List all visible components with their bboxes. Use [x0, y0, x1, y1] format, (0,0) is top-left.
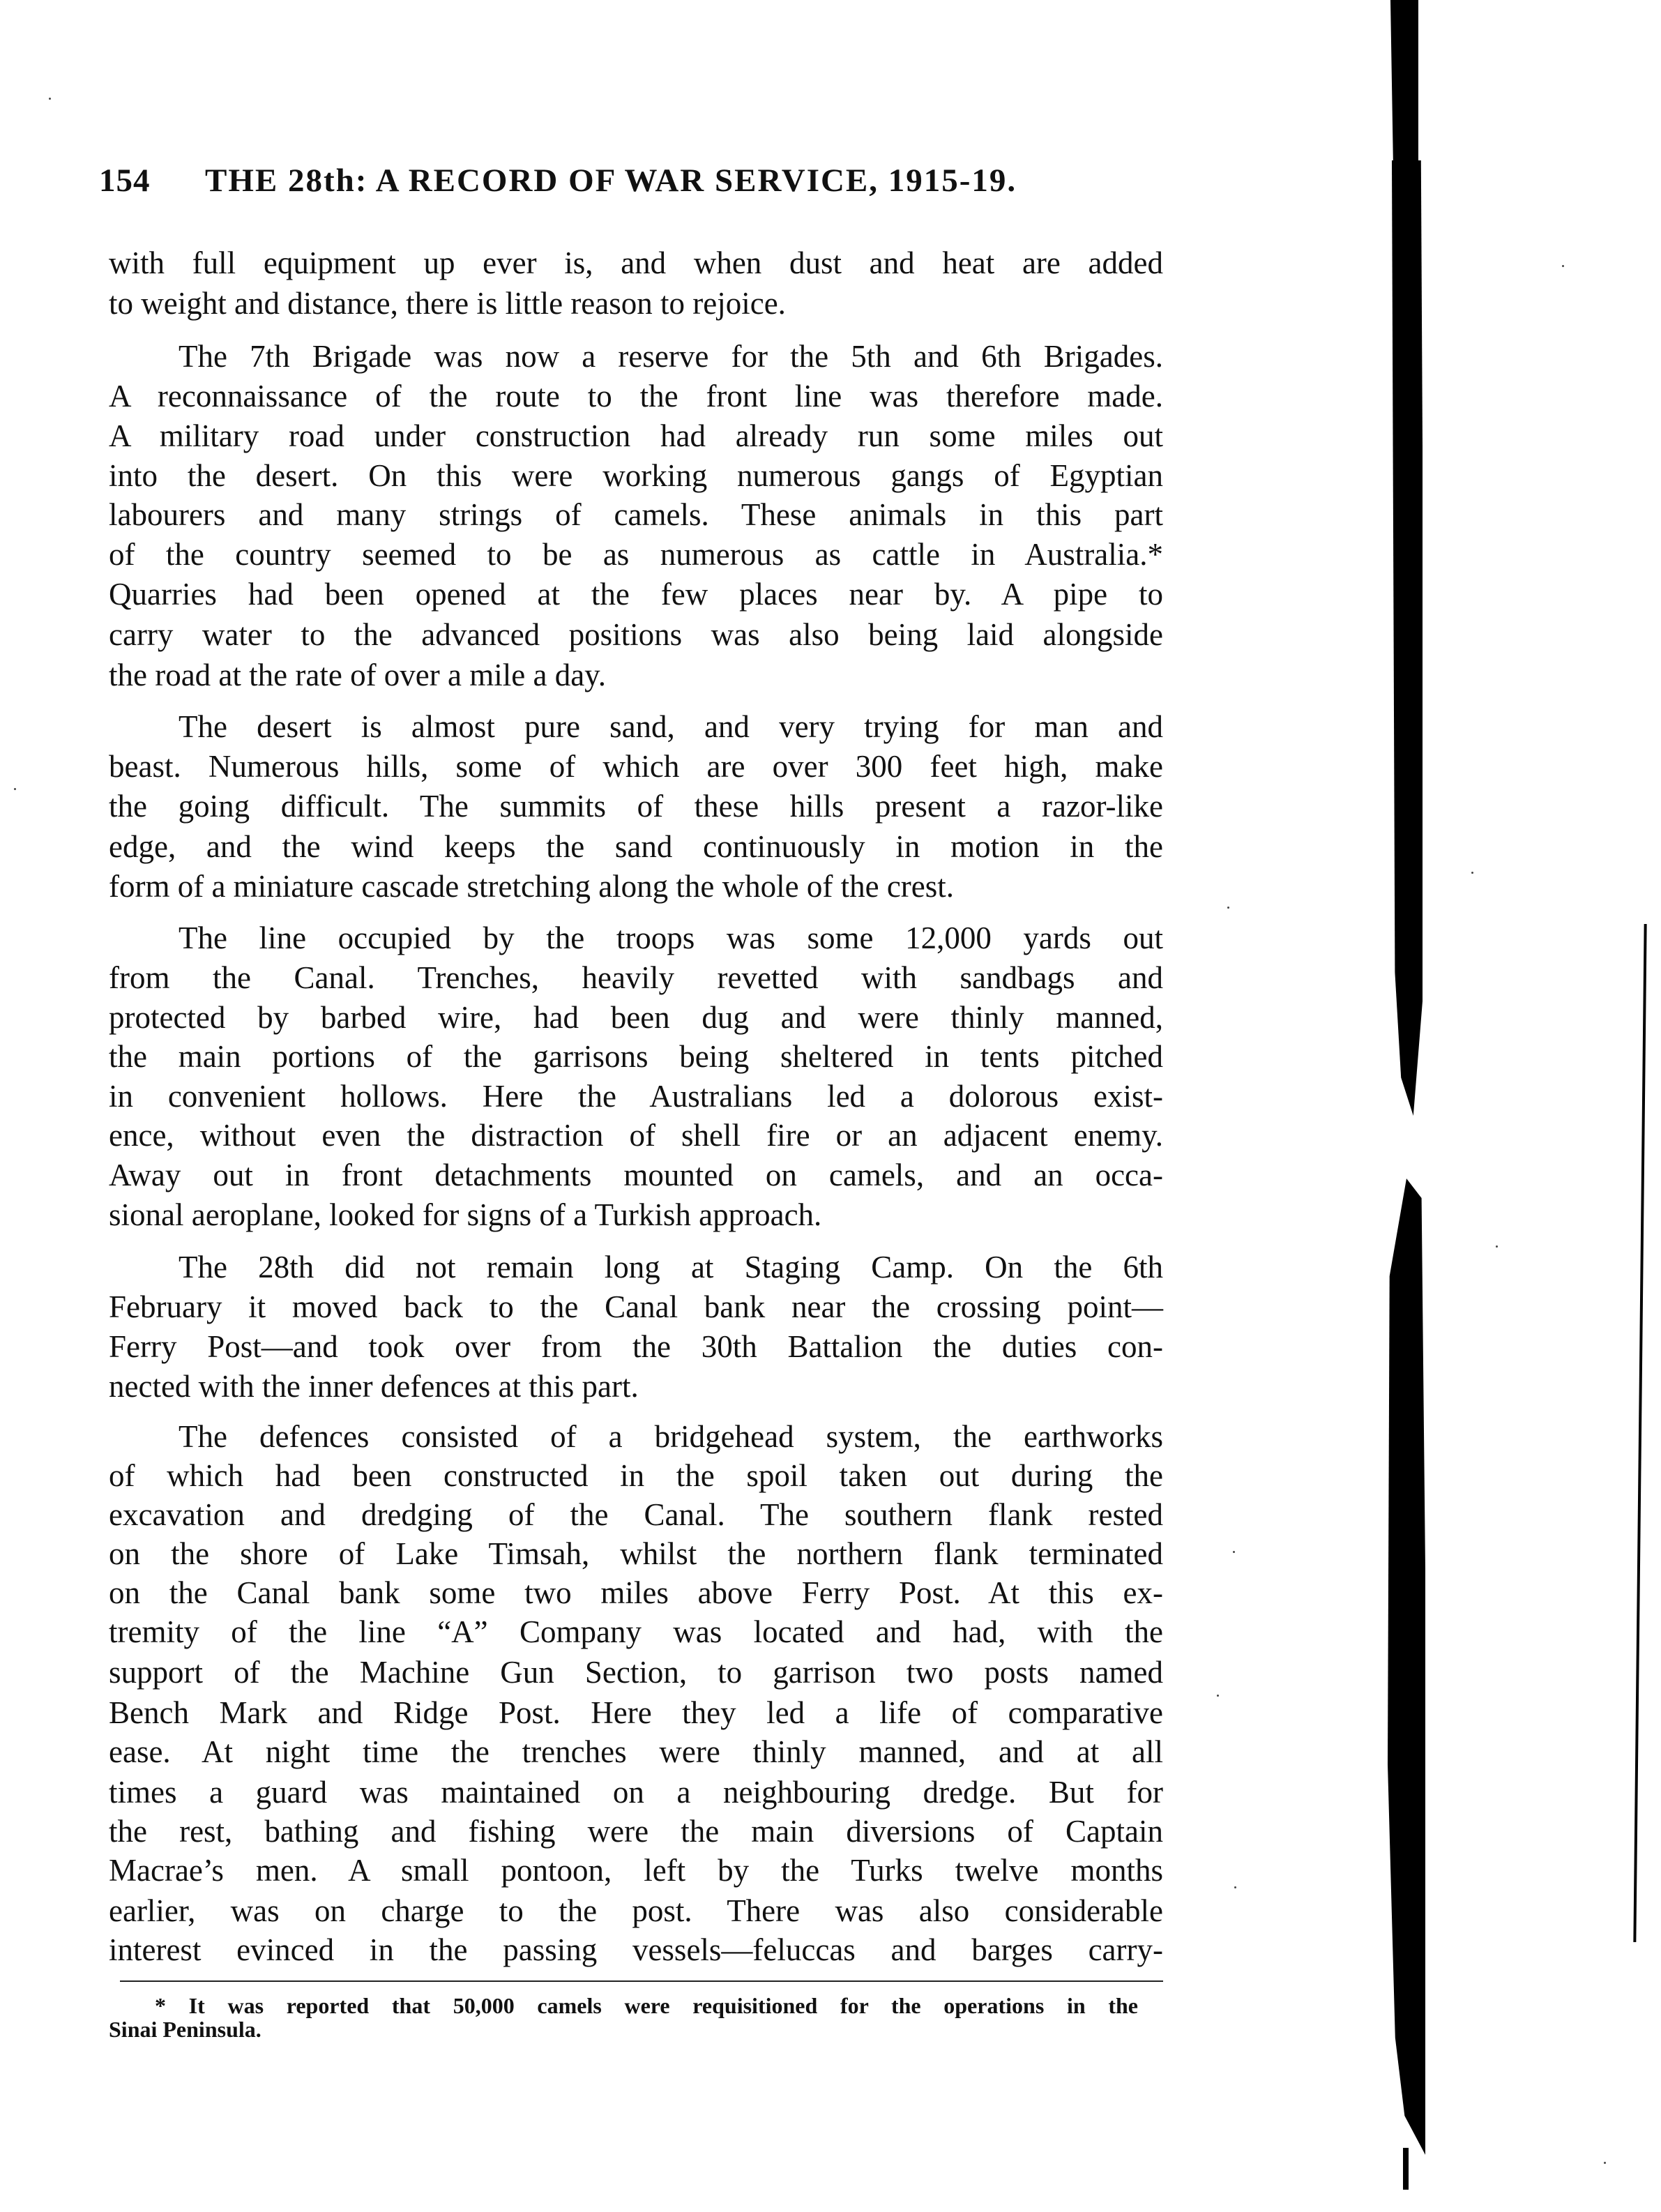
binding-shadow-bar [1388, 1179, 1425, 2155]
text-line: of the country seemed to be as numerous … [109, 536, 1163, 573]
text-line: The 7th Brigade was now a reserve for th… [179, 338, 1163, 375]
text-line: The line occupied by the troops was some… [179, 919, 1163, 957]
footnote-divider [120, 1980, 1163, 1982]
text-line: The desert is almost pure sand, and very… [179, 708, 1163, 745]
text-line: A military road under construction had a… [109, 417, 1163, 455]
text-line: protected by barbed wire, had been dug a… [109, 999, 1163, 1036]
running-header: 154 THE 28th: A RECORD OF WAR SERVICE, 1… [99, 162, 1173, 204]
text-line: excavation and dredging of the Canal. Th… [109, 1496, 1163, 1533]
text-line: to weight and distance, there is little … [109, 285, 1163, 322]
text-line: Ferry Post—and took over from the 30th B… [109, 1328, 1163, 1365]
text-line: Macrae’s men. A small pontoon, left by t… [109, 1851, 1163, 1889]
text-line: Away out in front detachments mounted on… [109, 1156, 1163, 1194]
binding-shadow-bar [1390, 0, 1418, 167]
text-line: earlier, was on charge to the post. Ther… [109, 1892, 1163, 1930]
text-line: from the Canal. Trenches, heavily revett… [109, 959, 1163, 997]
text-line: ence, without even the distraction of sh… [109, 1116, 1163, 1154]
text-line: in convenient hollows. Here the Australi… [109, 1077, 1163, 1115]
text-line: beast. Numerous hills, some of which are… [109, 748, 1163, 785]
page-edge-line [1633, 924, 1646, 1942]
text-line: Quarries had been opened at the few plac… [109, 575, 1163, 613]
text-line: times a guard was maintained on a neighb… [109, 1773, 1163, 1811]
text-line: nected with the inner defences at this p… [109, 1368, 1163, 1405]
binding-shadow-bar [1403, 2148, 1409, 2190]
text-line: interest evinced in the passing vessels—… [109, 1931, 1163, 1969]
running-title: THE 28th: A RECORD OF WAR SERVICE, 1915-… [205, 162, 1017, 199]
footnote-line: * It was reported that 50,000 camels wer… [155, 1993, 1138, 2018]
text-line: on the Canal bank some two miles above F… [109, 1574, 1163, 1612]
text-line: into the desert. On this were working nu… [109, 457, 1163, 494]
text-line: carry water to the advanced positions wa… [109, 616, 1163, 653]
book-page: 154 THE 28th: A RECORD OF WAR SERVICE, 1… [0, 0, 1661, 2212]
text-line: form of a miniature cascade stretching a… [109, 868, 1163, 905]
text-line: the rest, bathing and fishing were the m… [109, 1812, 1163, 1850]
text-line: The 28th did not remain long at Staging … [179, 1248, 1163, 1286]
page-number: 154 [99, 162, 151, 199]
text-line: edge, and the wind keeps the sand contin… [109, 828, 1163, 865]
text-line: ease. At night time the trenches were th… [109, 1733, 1163, 1771]
text-line: tremity of the line “A” Company was loca… [109, 1613, 1163, 1651]
text-line: of which had been constructed in the spo… [109, 1457, 1163, 1494]
text-line: sional aeroplane, looked for signs of a … [109, 1196, 1163, 1234]
text-line: the road at the rate of over a mile a da… [109, 656, 1163, 694]
text-line: on the shore of Lake Timsah, whilst the … [109, 1535, 1163, 1573]
text-line: A reconnaissance of the route to the fro… [109, 377, 1163, 415]
text-line: the going difficult. The summits of thes… [109, 787, 1163, 825]
text-line: with full equipment up ever is, and when… [109, 244, 1163, 282]
binding-shadow-bar [1392, 160, 1423, 1116]
text-line: the main portions of the garrisons being… [109, 1038, 1163, 1075]
text-line: Bench Mark and Ridge Post. Here they led… [109, 1694, 1163, 1732]
text-line: support of the Machine Gun Section, to g… [109, 1653, 1163, 1691]
text-line: labourers and many strings of camels. Th… [109, 496, 1163, 533]
text-line: The defences consisted of a bridgehead s… [179, 1418, 1163, 1455]
text-line: February it moved back to the Canal bank… [109, 1288, 1163, 1326]
footnote-line: Sinai Peninsula. [109, 2017, 1163, 2042]
